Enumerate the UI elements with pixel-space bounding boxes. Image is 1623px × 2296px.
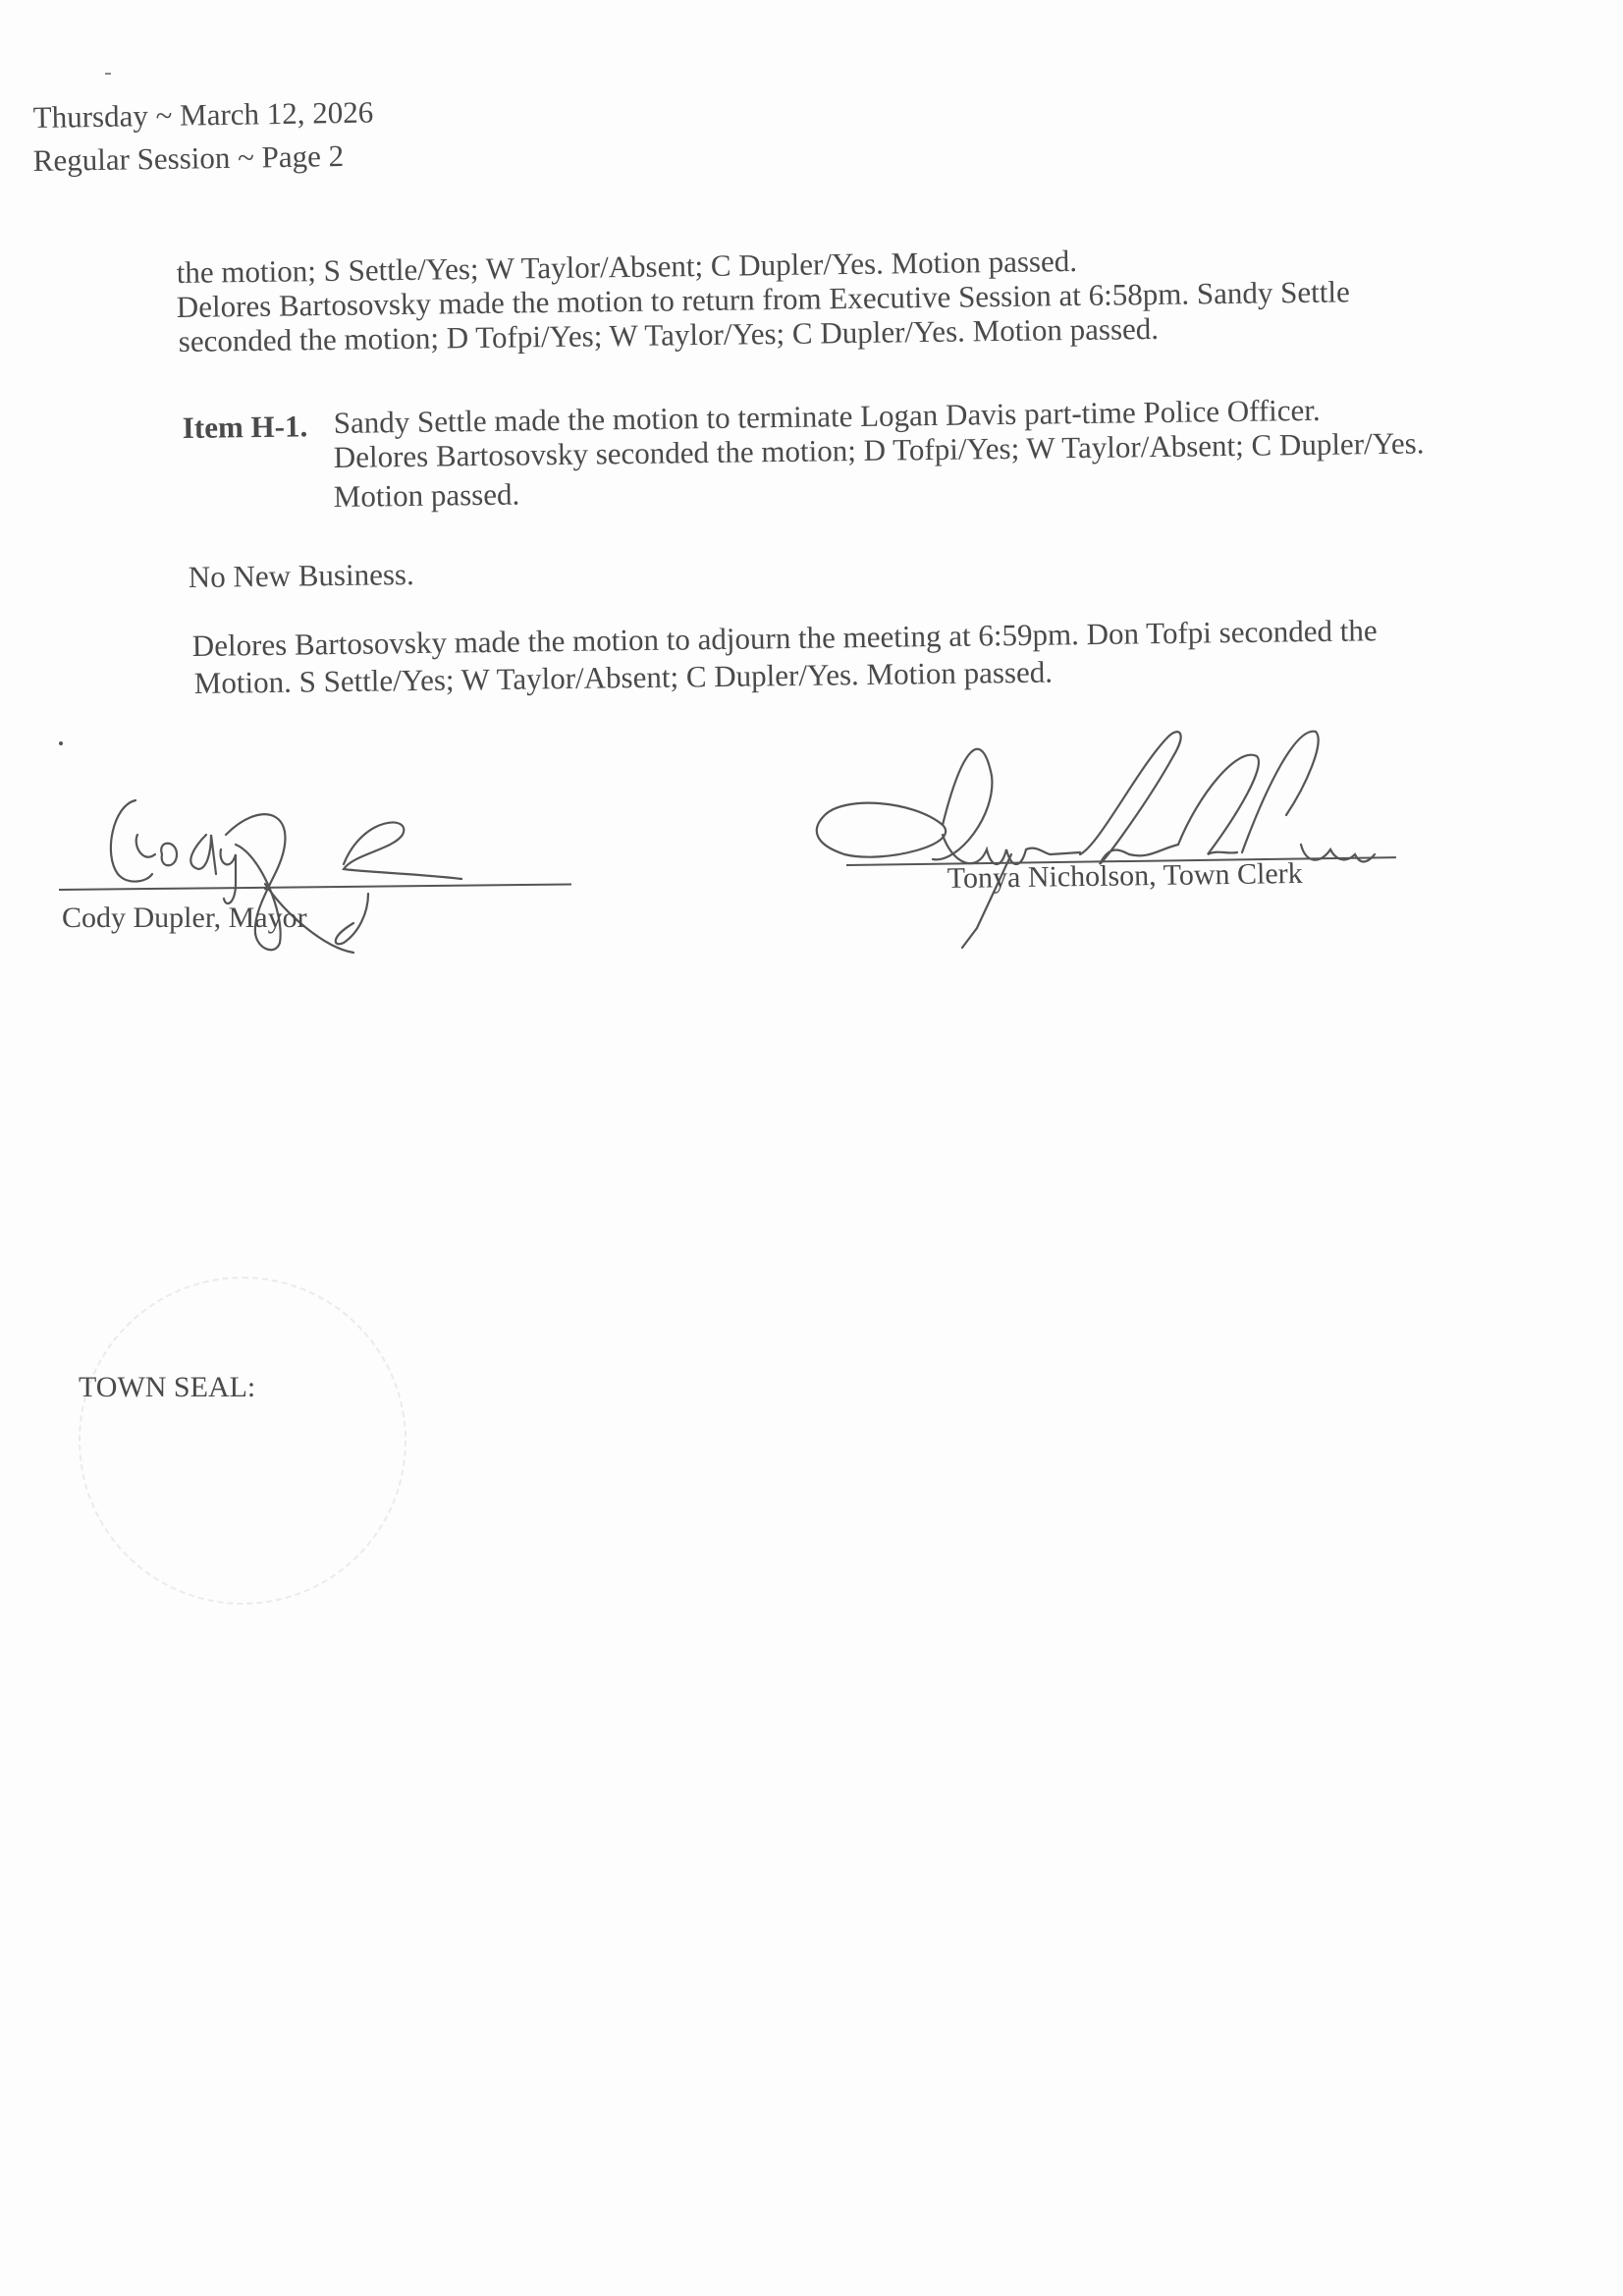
header-session: Regular Session ~ Page 2 (33, 140, 345, 176)
item-h1-label: Item H-1. (183, 410, 308, 443)
adjourn-line1: Delores Bartosovsky made the motion to a… (192, 615, 1378, 661)
clerk-signature (805, 707, 1492, 982)
new-business: No New Business. (189, 559, 414, 592)
item-h1-line3: Motion passed. (334, 479, 520, 512)
town-seal-embossed (79, 1277, 406, 1605)
clerk-name: Tonya Nicholson, Town Clerk (947, 859, 1303, 894)
town-seal-label: TOWN SEAL: (79, 1373, 255, 1402)
scan-speck (105, 73, 111, 75)
header-date: Thursday ~ March 12, 2026 (33, 97, 374, 133)
scan-dot (59, 741, 63, 745)
adjourn-line2: Motion. S Settle/Yes; W Taylor/Absent; C… (194, 657, 1054, 698)
mayor-name: Cody Dupler, Mayor (62, 903, 307, 933)
mayor-signature (108, 795, 481, 992)
